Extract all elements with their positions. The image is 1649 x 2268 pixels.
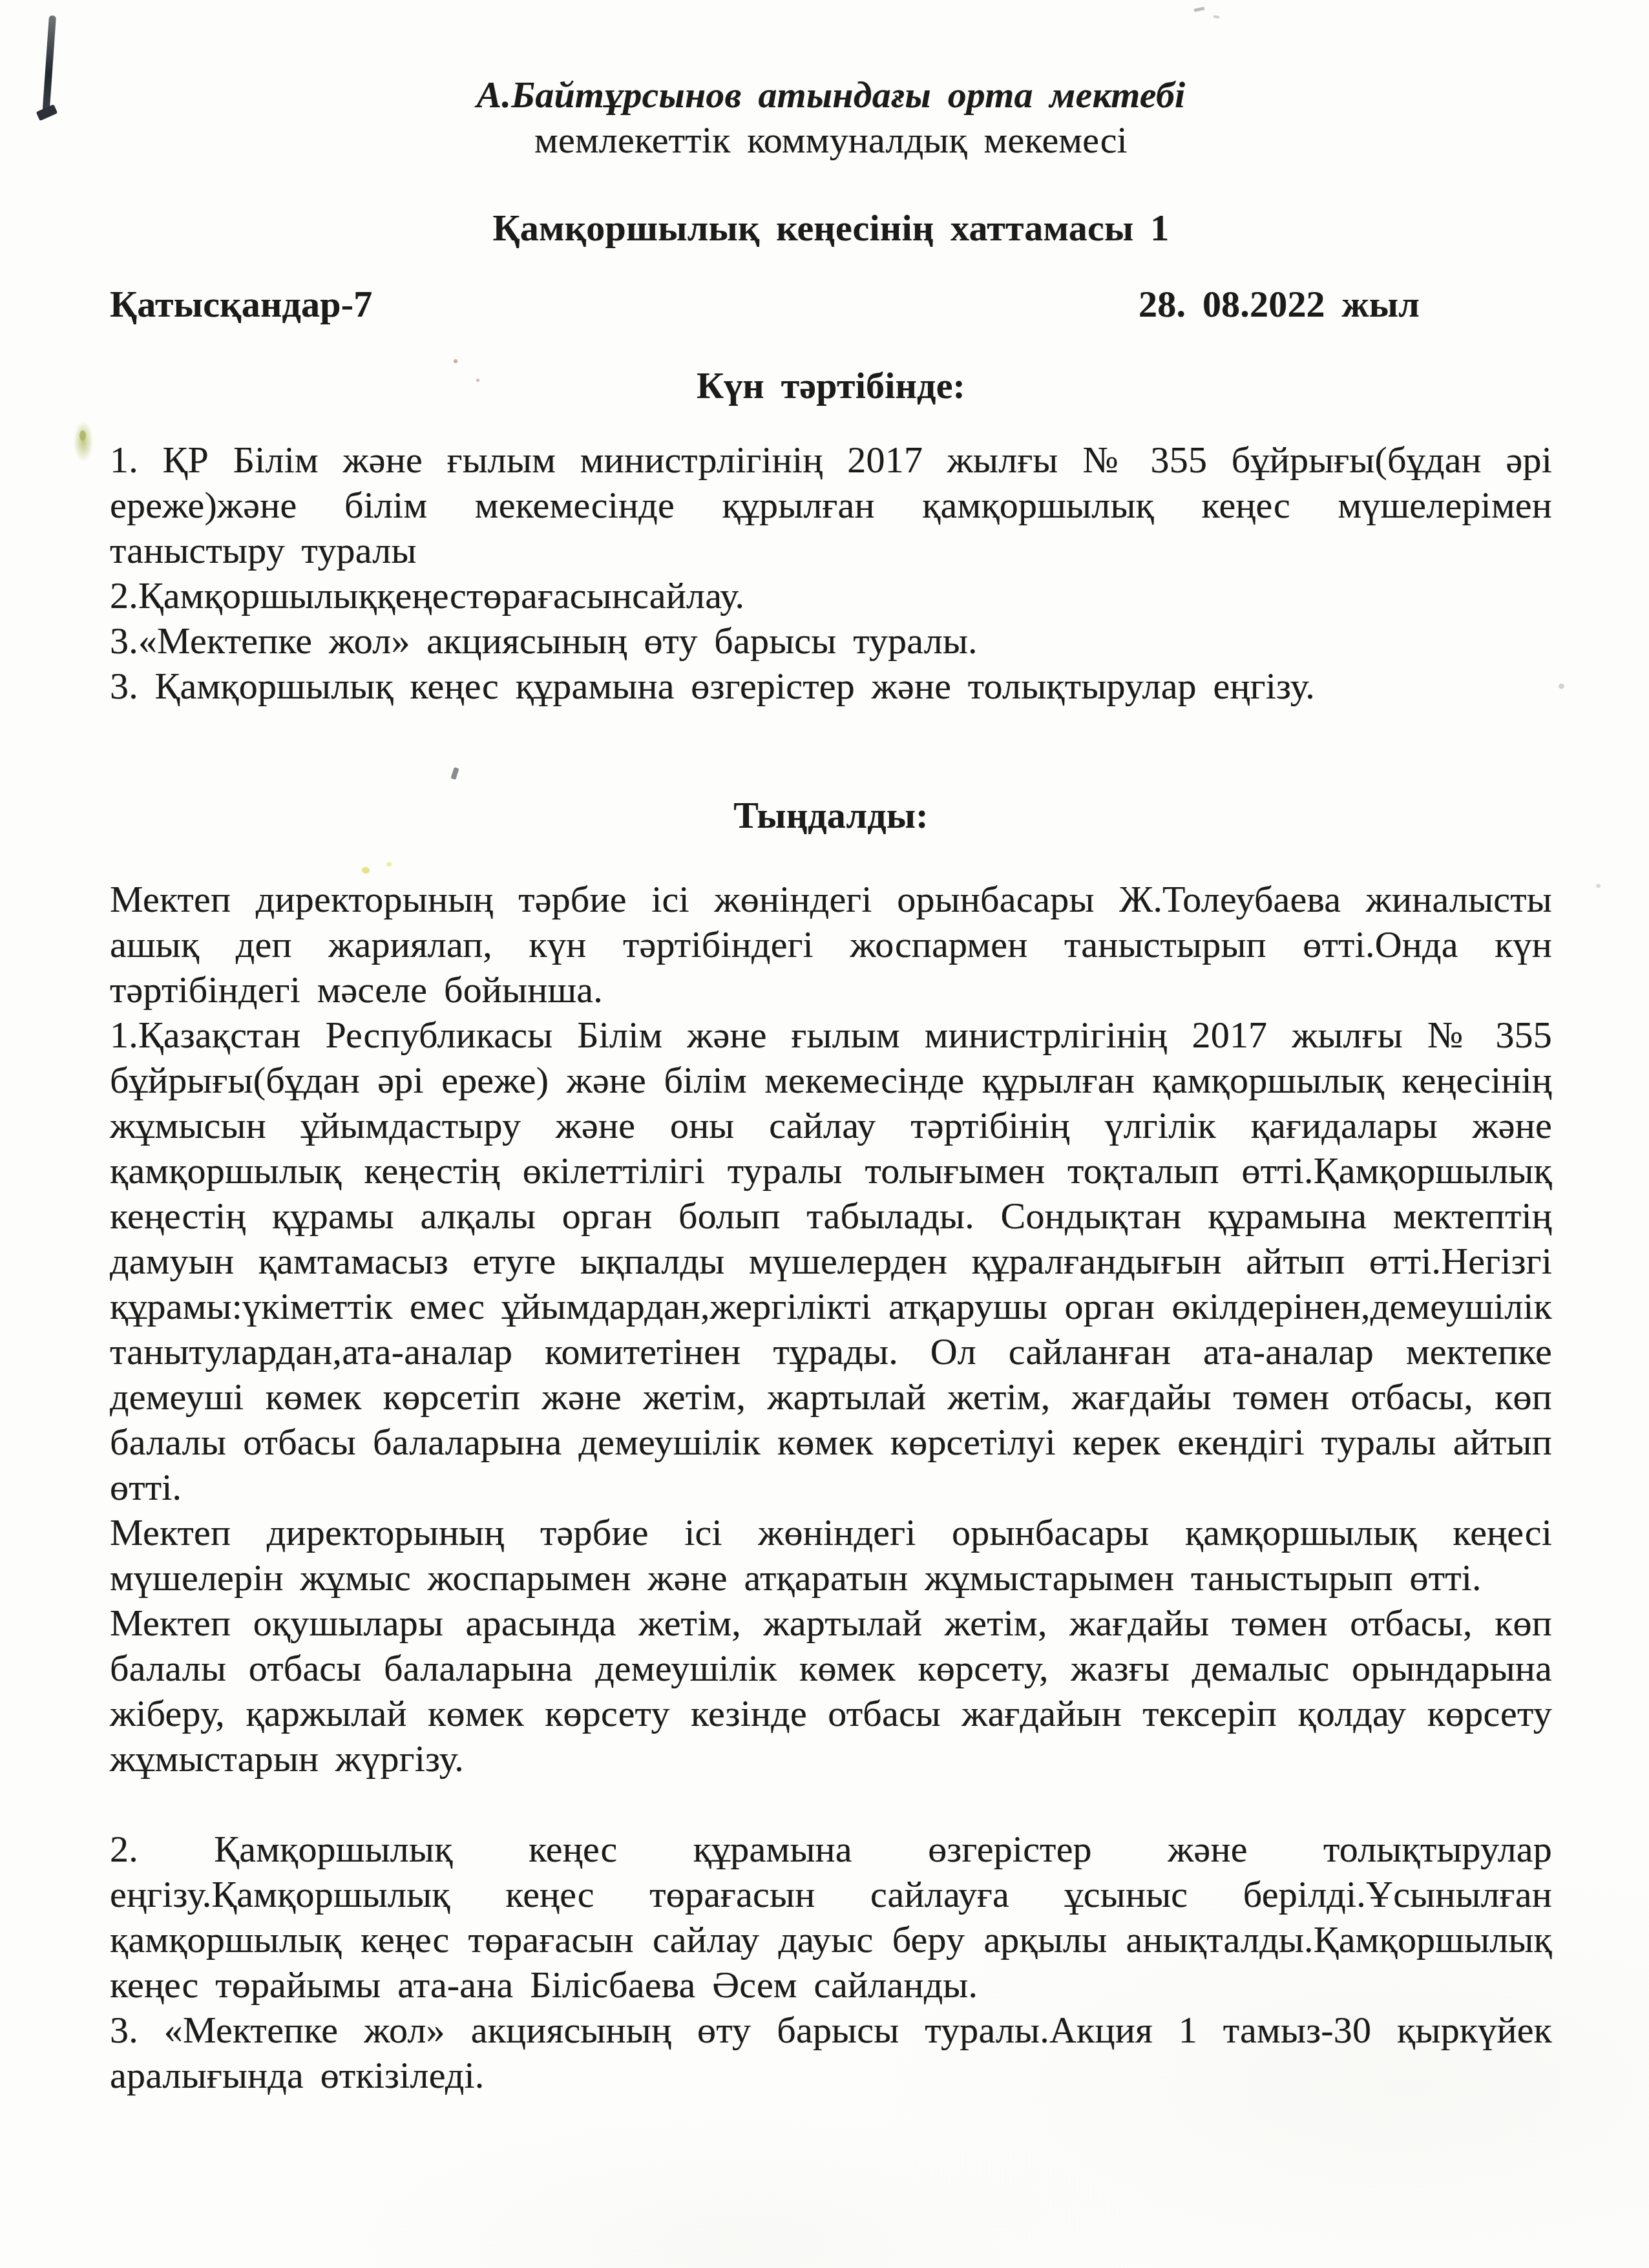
agenda-item: 1. ҚР Білім және ғылым министрлігінің 20… (110, 437, 1552, 573)
meta-row: Қатысқандар-7 28. 08.2022 жыл (110, 282, 1552, 327)
heard-paragraph: Мектеп оқушылары арасында жетім, жартыла… (110, 1601, 1552, 1781)
heard-paragraph: 3. «Мектепке жол» акциясының өту барысы … (110, 2008, 1552, 2098)
scan-speck-gray (1559, 684, 1564, 689)
participants-count: Қатысқандар-7 (110, 282, 372, 327)
agenda-item: 3. Қамқоршылық кеңес құрамына өзгерістер… (110, 664, 1552, 709)
scan-speck-gray (1596, 884, 1601, 888)
heard-heading: Тыңдалды: (110, 793, 1552, 838)
scan-speck-gray (1213, 15, 1219, 18)
agenda-list: 1. ҚР Білім және ғылым министрлігінің 20… (110, 437, 1552, 709)
heard-paragraph: Мектеп директорының тәрбие ісі жөніндегі… (110, 1510, 1552, 1601)
agenda-item: 2.Қамқоршылыққеңестөрағасынсайлау. (110, 573, 1552, 618)
agenda-item: 3.«Мектепке жол» акциясының өту барысы т… (110, 618, 1552, 664)
heard-section: Мектеп директорының тәрбие ісі жөніндегі… (110, 877, 1552, 2098)
scan-pen-mark (43, 16, 56, 112)
document-date: 28. 08.2022 жыл (1139, 282, 1420, 327)
scanned-document-page: А.Байтұрсынов атындағы орта мектебі мемл… (0, 0, 1649, 2268)
document-title: Қамқоршылық кеңесінің хаттамасы 1 (110, 205, 1552, 251)
heard-paragraph: 2. Қамқоршылық кеңес құрамына өзгерістер… (110, 1827, 1552, 2008)
org-type: мемлекеттік коммуналдық мекемесі (110, 118, 1552, 163)
school-name: А.Байтұрсынов атындағы орта мектебі (110, 72, 1552, 118)
heard-paragraph: Мектеп директорының тәрбие ісі жөніндегі… (110, 877, 1552, 1013)
scan-smudge-green (74, 421, 93, 461)
heard-paragraph: 1.Қазақстан Республикасы Білім және ғылы… (110, 1013, 1552, 1510)
agenda-heading: Күн тәртібінде: (110, 363, 1552, 408)
scan-speck-gray (1194, 6, 1205, 12)
document-content: А.Байтұрсынов атындағы орта мектебі мемл… (110, 72, 1552, 2098)
